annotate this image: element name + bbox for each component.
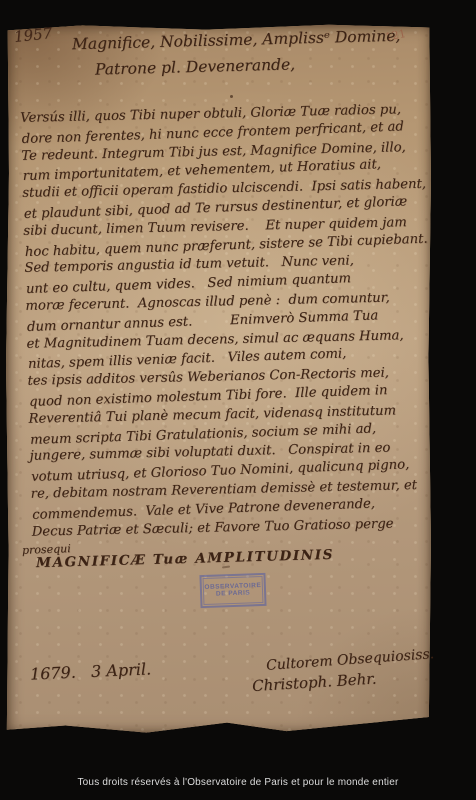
letter-body: Versús illi, quos Tibi nuper obtuli, Glo… bbox=[20, 100, 444, 544]
copyright-caption: Tous droits réservés à l'Observatoire de… bbox=[0, 777, 476, 788]
scan-background: 1957 121 Magnifice, Nobilissime, Ampliss… bbox=[0, 0, 476, 800]
observatoire-stamp: OBSERVATOIRE DE PARIS bbox=[199, 573, 266, 608]
signature-block: Cultorem Obsequiosiss. Christoph. Behr. bbox=[252, 652, 420, 686]
observatoire-stamp-border: OBSERVATOIRE DE PARIS bbox=[203, 576, 264, 605]
ink-mark bbox=[230, 95, 233, 98]
stamp-text-line: DE PARIS bbox=[216, 590, 250, 598]
